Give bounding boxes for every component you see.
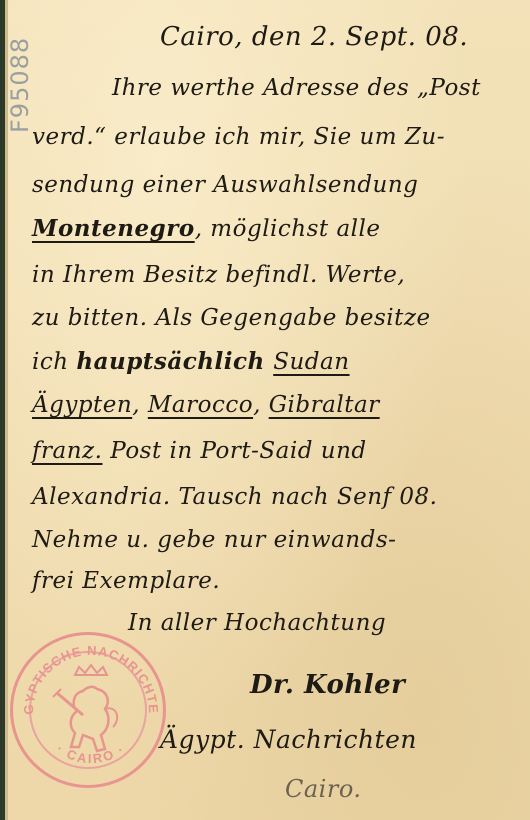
comma: , <box>253 392 269 418</box>
word-marocco: Marocco <box>148 392 253 418</box>
body-line-4: Montenegro, möglichst alle <box>32 215 381 242</box>
body-line-8: Ägypten, Marocco, Gibraltar <box>32 392 380 418</box>
body-line-3: sendung einer Auswahlsendung <box>32 172 418 198</box>
red-seal-stamp: EGYPTISCHE NACHRICHTEN · CAIRO · <box>10 632 166 788</box>
body-line-4-rest: , möglichst alle <box>195 216 381 242</box>
comma: , <box>132 392 148 418</box>
lion-emblem-icon: EGYPTISCHE NACHRICHTEN · CAIRO · <box>13 635 169 791</box>
signature: Dr. Kohler <box>250 670 405 700</box>
signature-place: Cairo. <box>285 775 361 803</box>
postcard: F95088 Cairo, den 2. Sept. 08. Ihre wert… <box>0 0 530 820</box>
body-line-11: Nehme u. gebe nur einwands- <box>32 527 396 553</box>
word-gibraltar: Gibraltar <box>269 392 380 418</box>
body-line-9-rest: Post in Port-Said und <box>102 438 366 464</box>
body-line-9: franz. Post in Port-Said und <box>32 438 367 464</box>
body-line-2: verd.“ erlaube ich mir, Sie um Zu- <box>32 124 445 150</box>
svg-text:· CAIRO ·: · CAIRO · <box>54 741 128 766</box>
body-line-7: ich hauptsächlich Sudan <box>32 348 350 375</box>
signature-title: Ägypt. Nachrichten <box>160 725 417 754</box>
closing: In aller Hochachtung <box>128 610 386 636</box>
word-hauptsaechlich: hauptsächlich <box>76 348 273 375</box>
body-line-12: frei Exemplare. <box>32 568 220 594</box>
word-ich: ich <box>32 349 76 375</box>
body-line-1: Ihre werthe Adresse des „Post <box>112 75 481 101</box>
body-line-10: Alexandria. Tausch nach Senf 08. <box>32 484 437 510</box>
dateline: Cairo, den 2. Sept. 08. <box>160 22 468 52</box>
word-sudan: Sudan <box>273 349 349 375</box>
word-franz: franz. <box>32 438 102 464</box>
body-line-5: in Ihrem Besitz befindl. Werte, <box>32 262 405 288</box>
word-aegypten: Ägypten <box>32 392 132 418</box>
body-line-6: zu bitten. Als Gegengabe besitze <box>32 305 431 331</box>
word-montenegro: Montenegro <box>32 215 195 242</box>
